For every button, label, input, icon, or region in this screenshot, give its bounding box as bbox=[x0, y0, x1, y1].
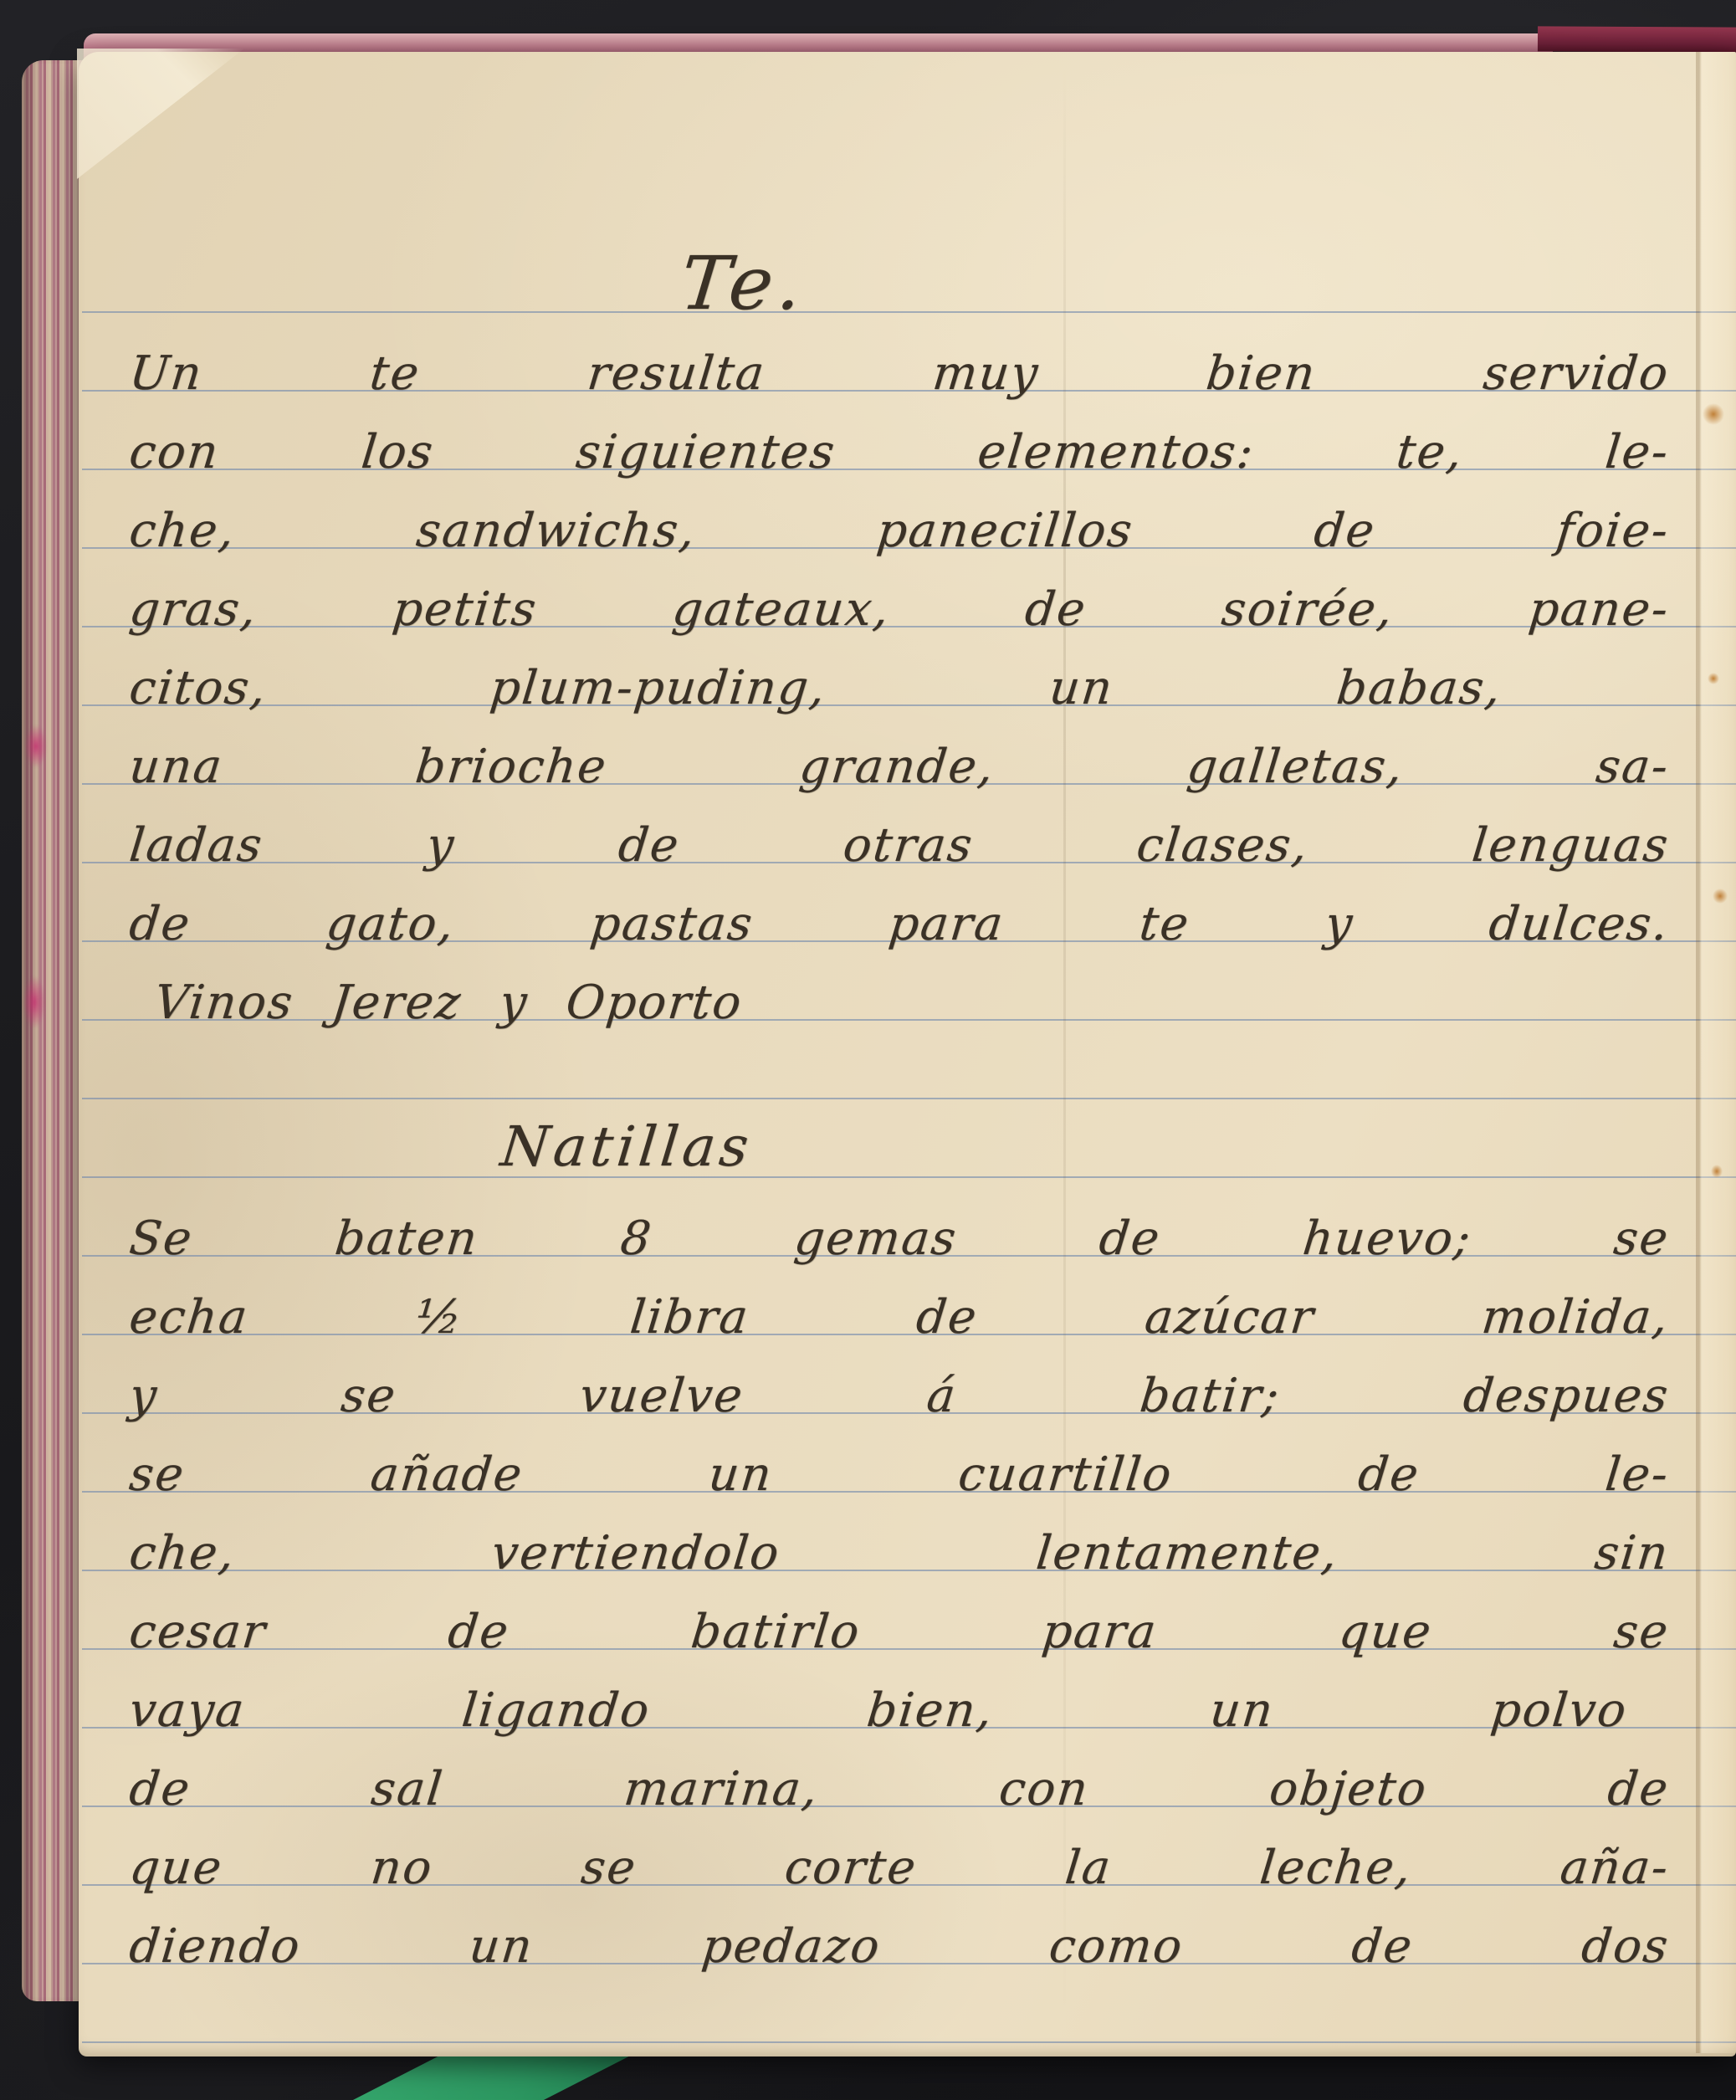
manuscript-line: gras, petits gateaux, de soirée, pane- bbox=[125, 571, 1673, 649]
section-heading-te: Te. bbox=[547, 244, 940, 323]
pink-smudge bbox=[25, 725, 47, 768]
manuscript-line: se añade un cuartillo de le- bbox=[125, 1436, 1673, 1514]
page-corner-fold bbox=[77, 49, 244, 179]
manuscript-line: echa ½ libra de azúcar molida, bbox=[125, 1278, 1673, 1357]
manuscript-line: diendo un pedazo como de dos bbox=[125, 1908, 1673, 1986]
manuscript-line: que no se corte la leche, aña- bbox=[125, 1829, 1673, 1908]
foxing-spot bbox=[1711, 1165, 1723, 1178]
manuscript-line: Un te resulta muy bien servido bbox=[125, 335, 1673, 413]
foxing-spot bbox=[1713, 889, 1728, 904]
manuscript-line: una brioche grande, galletas, sa- bbox=[125, 728, 1673, 807]
manuscript-line: ladas y de otras clases, lenguas bbox=[125, 807, 1673, 885]
notebook-top-edge-spine bbox=[1538, 26, 1736, 52]
manuscript-line: Vinos Jerez y Oporto bbox=[151, 964, 1698, 1042]
manuscript-line: de sal marina, con objeto de bbox=[125, 1750, 1673, 1829]
notebook-page: Te. Un te resulta muy bien servido con l… bbox=[79, 52, 1736, 2056]
facing-page-edge bbox=[1696, 52, 1736, 2053]
manuscript-line: vaya ligando bien, un polvo bbox=[125, 1672, 1631, 1750]
section-heading-natillas: Natillas bbox=[497, 1108, 1108, 1186]
photo-backdrop: Te. Un te resulta muy bien servido con l… bbox=[0, 0, 1736, 2100]
manuscript-line: y se vuelve á batir; despues bbox=[125, 1357, 1673, 1436]
manuscript-line: Se baten 8 gemas de huevo; se bbox=[125, 1200, 1673, 1278]
pink-smudge bbox=[23, 976, 45, 1029]
manuscript-line: citos, plum-puding, un babas, bbox=[125, 649, 1506, 728]
manuscript-line: che, sandwichs, panecillos de foie- bbox=[125, 492, 1673, 571]
foxing-spot bbox=[1703, 403, 1724, 425]
notebook-fore-edges bbox=[22, 60, 87, 2001]
manuscript-line: cesar de batirlo para que se bbox=[125, 1593, 1673, 1672]
manuscript-line: de gato, pastas para te y dulces. bbox=[125, 885, 1673, 964]
manuscript-line: che, vertiendolo lentamente, sin bbox=[125, 1514, 1673, 1593]
manuscript-line: con los siguientes elementos: te, le- bbox=[125, 413, 1673, 492]
foxing-spot bbox=[1708, 673, 1719, 684]
